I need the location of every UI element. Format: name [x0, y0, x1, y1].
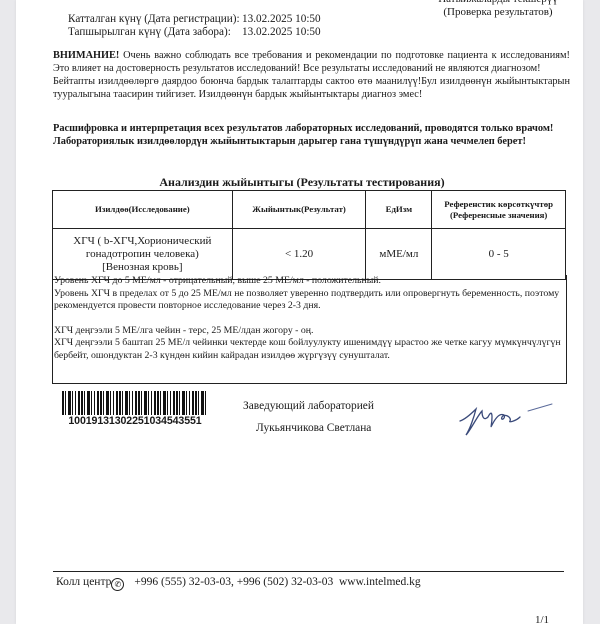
- lab-head-title: Заведующий лабораторией: [243, 400, 374, 412]
- interpretation-note: Расшифровка и интерпретация всех результ…: [53, 122, 570, 148]
- note-ru-1: Уровень ХГЧ до 5 МЕ/мл - отрицательный, …: [54, 275, 566, 288]
- collection-date-value: 13.02.2025 10:50: [242, 26, 321, 38]
- check-title-ru: (Проверка результатов): [428, 6, 568, 19]
- test-name-cell: ХГЧ ( b-ХГЧ,Хорионический гонадотропин ч…: [53, 229, 233, 280]
- barcode-number: 10019131302251034543551: [60, 415, 210, 427]
- warning-text-ky: Бейтапты изилдөөлөргө даярдоо боюнча бар…: [53, 75, 570, 101]
- lab-report-page: Натыйжаларды текшерүү (Проверка результа…: [16, 0, 583, 624]
- call-center-label: Колл центр: [56, 576, 111, 588]
- barcode-image: [62, 391, 206, 415]
- page-number: 1/1: [535, 614, 549, 624]
- footer-divider: [53, 571, 564, 572]
- warning-lead: ВНИМАНИЕ!: [53, 50, 119, 61]
- collection-date-label: Тапшырылган күнү (Дата забора):: [68, 25, 242, 39]
- note-ky-1: ХГЧ деңгээли 5 МЕ/лга чейин - терс, 25 М…: [54, 325, 566, 338]
- registration-date-value: 13.02.2025 10:50: [242, 13, 321, 25]
- test-name-line: ХГЧ ( b-ХГЧ,Хорионический: [53, 235, 232, 248]
- note-ky-2: ХГЧ деңгээли 5 баштап 25 МЕ/л чейинки че…: [54, 337, 566, 362]
- column-header-unit: ЕдИзм: [366, 191, 432, 229]
- test-specimen: [Венозная кровь]: [53, 261, 232, 274]
- lab-head-name: Лукьянчикова Светлана: [256, 422, 371, 434]
- unit-cell: мМЕ/мл: [366, 229, 432, 280]
- interpretation-notes-box: Уровень ХГЧ до 5 МЕ/мл - отрицательный, …: [52, 275, 567, 384]
- reference-range-cell: 0 - 5: [432, 229, 566, 280]
- interpretation-note-ky: Лабораториялык изилдөөлордүн жыйынтыктар…: [53, 135, 570, 148]
- registration-date-row: Катталган күнү (Дата регистрации):13.02.…: [68, 12, 321, 26]
- column-header-test: Изилдөө(Исследование): [53, 191, 233, 229]
- results-section-title: Анализдин жыйынтыгы (Результаты тестиров…: [52, 175, 552, 190]
- phone-icon: ✆: [111, 578, 124, 591]
- collection-date-row: Тапшырылган күнү (Дата забора):13.02.202…: [68, 25, 321, 39]
- registration-date-label: Катталган күнү (Дата регистрации):: [68, 12, 242, 26]
- interpretation-note-ru: Расшифровка и интерпретация всех результ…: [53, 122, 570, 135]
- results-check-heading: Натыйжаларды текшерүү (Проверка результа…: [428, 0, 568, 19]
- warning-text-ru: Очень важно соблюдать все требования и р…: [53, 50, 570, 74]
- call-center-phones: +996 (555) 32-03-03, +996 (502) 32-03-03: [134, 576, 333, 588]
- signature-image: [456, 395, 576, 440]
- column-header-reference: Референстик көрсөткүчтөр (Референсные зн…: [432, 191, 566, 229]
- test-name-line: гонадотропин человека): [53, 248, 232, 261]
- footer-contacts: Колл центр✆+996 (555) 32-03-03, +996 (50…: [56, 576, 421, 591]
- result-value-cell: < 1.20: [232, 229, 366, 280]
- preparation-warning: ВНИМАНИЕ! Очень важно соблюдать все треб…: [53, 49, 570, 101]
- results-table: Изилдөө(Исследование) Жыйынтык(Результат…: [52, 190, 566, 280]
- website-link[interactable]: www.intelmed.kg: [339, 576, 421, 588]
- results-header-row: Изилдөө(Исследование) Жыйынтык(Результат…: [53, 191, 566, 229]
- column-header-result: Жыйынтык(Результат): [232, 191, 366, 229]
- note-ru-2: Уровень ХГЧ в пределах от 5 до 25 МЕ/мл …: [54, 288, 566, 313]
- table-row: ХГЧ ( b-ХГЧ,Хорионический гонадотропин ч…: [53, 229, 566, 280]
